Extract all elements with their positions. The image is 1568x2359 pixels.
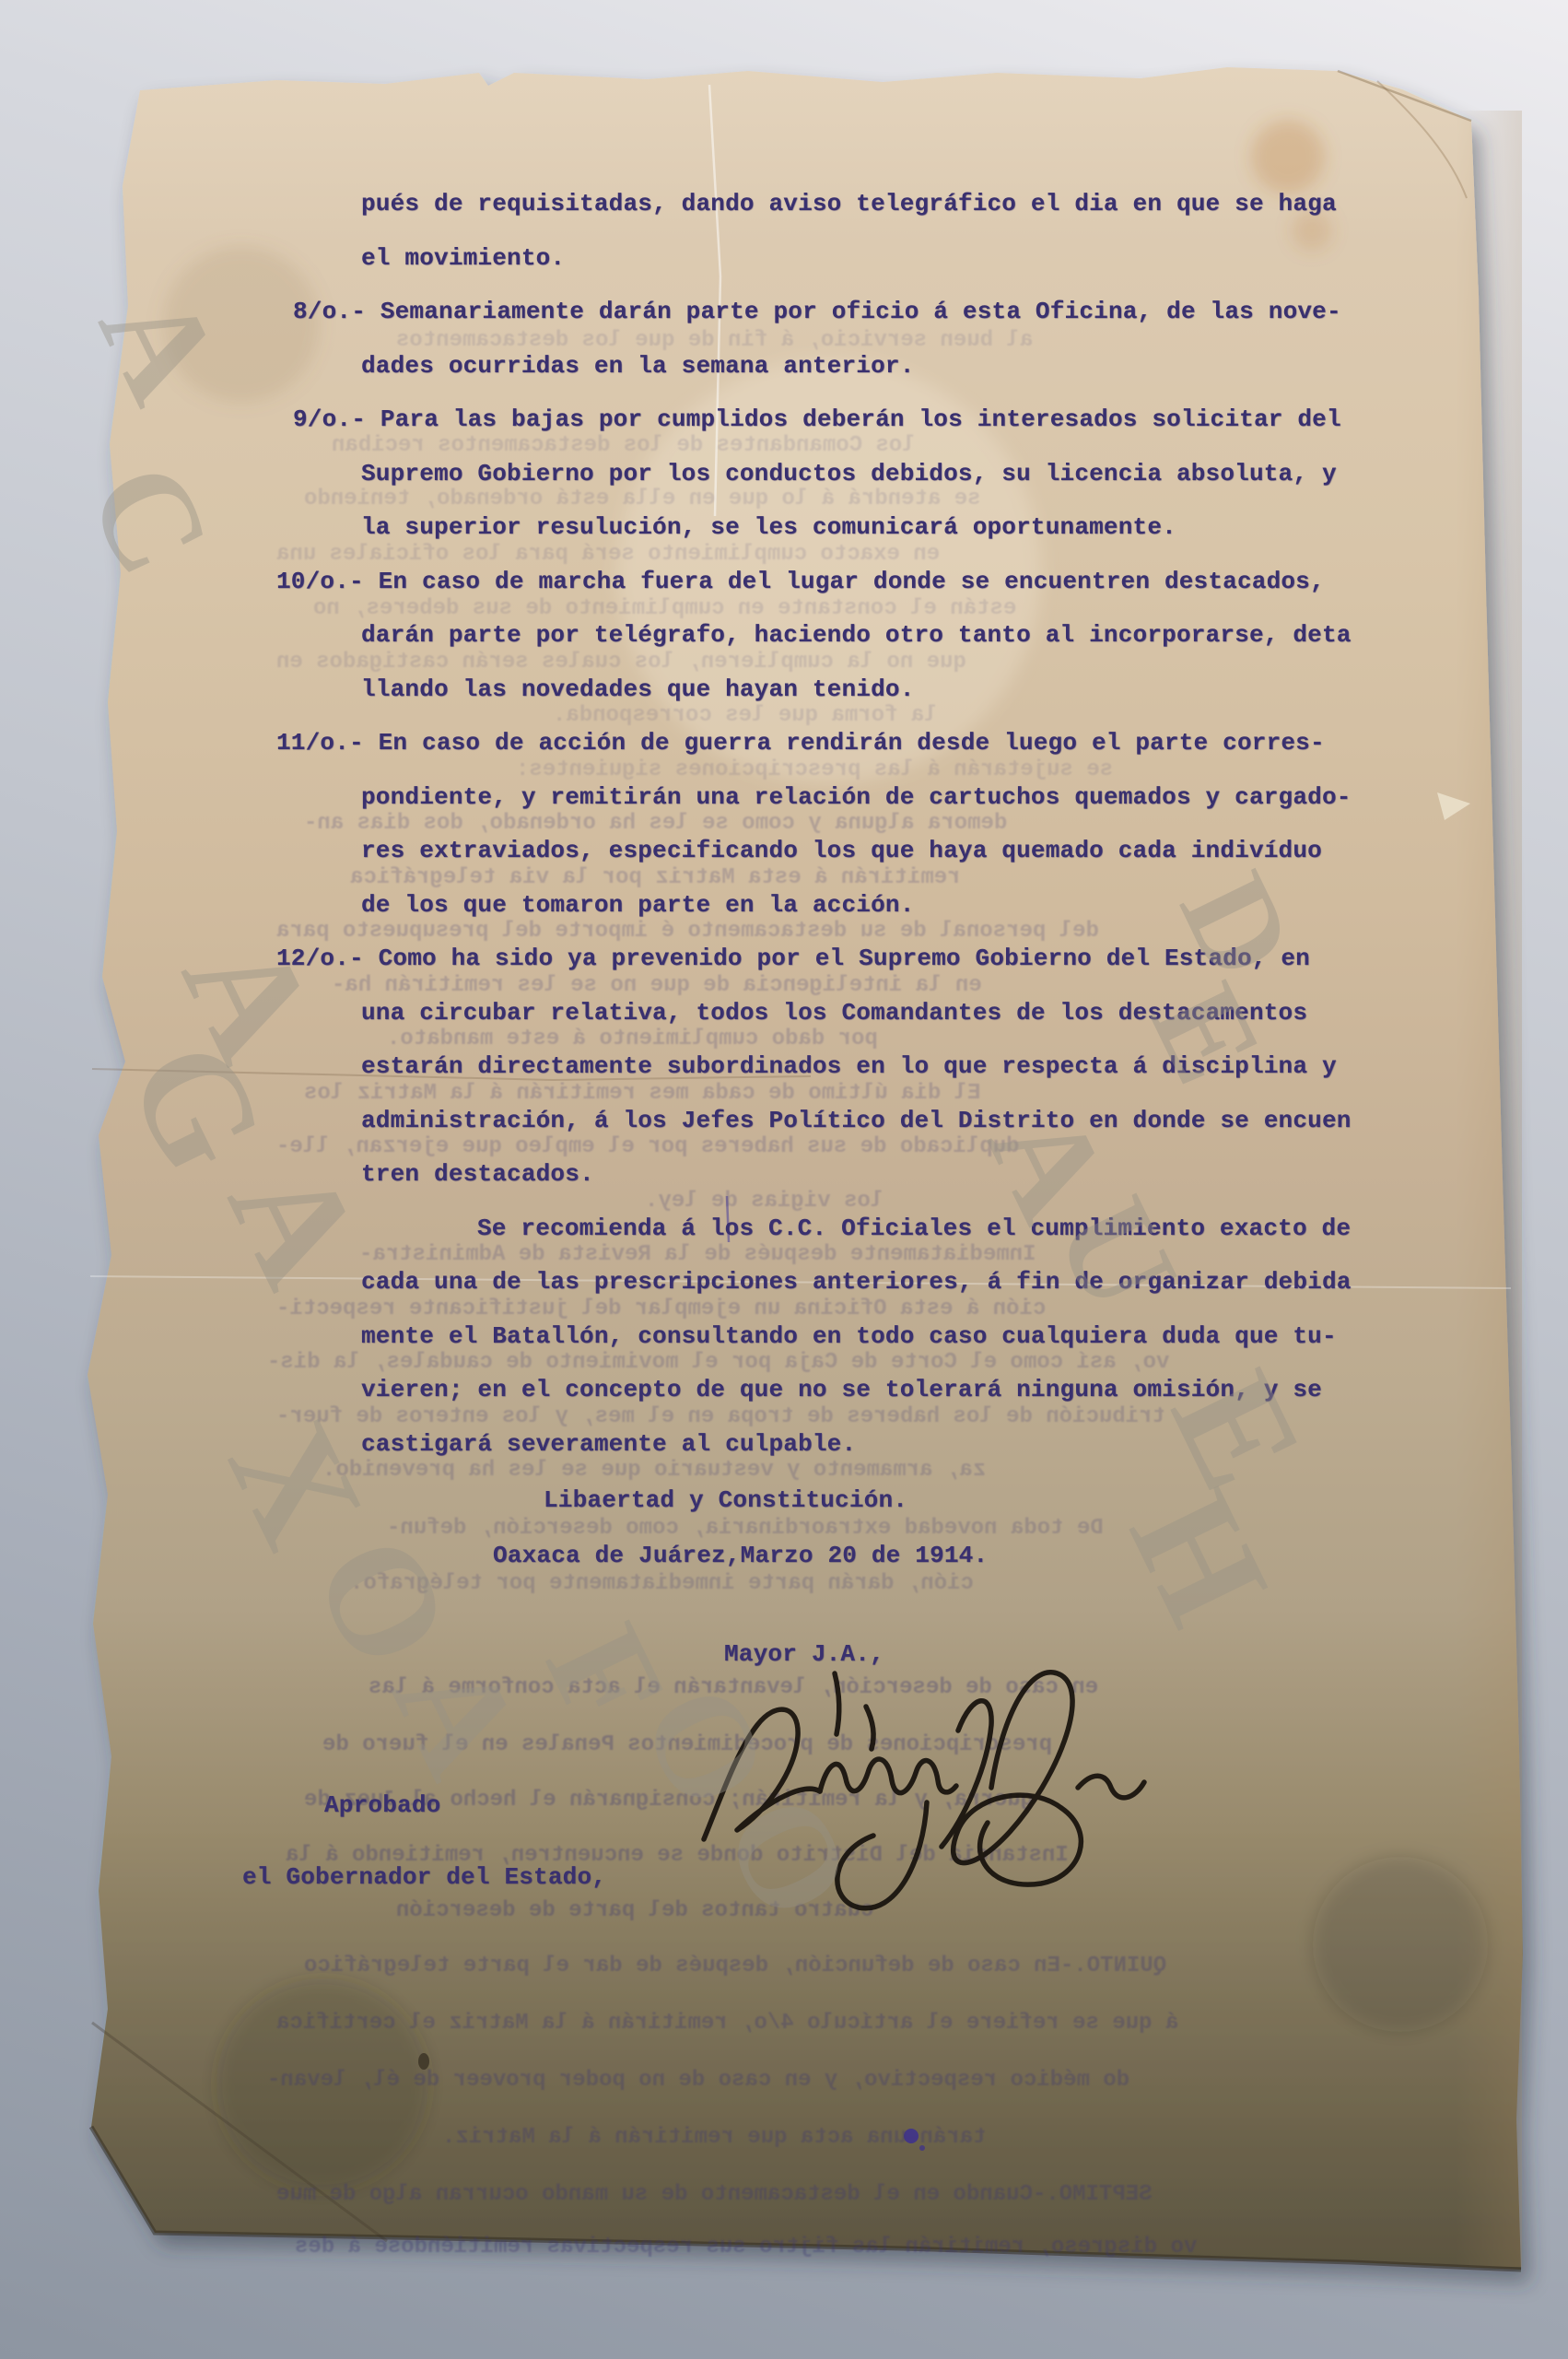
- horizontal-crease: [90, 1276, 1511, 1288]
- watermark-letter: A: [158, 915, 343, 1080]
- corner-fold-crease: [1338, 71, 1471, 121]
- typed-line: pués de requisitadas, dando aviso telegr…: [361, 189, 1337, 218]
- typed-line: llando las novedades que hayan tenido.: [361, 675, 915, 704]
- bleedthrough-line: á que se refiere el artículo 4/o, remiti…: [276, 2011, 1178, 2036]
- typed-line: dades ocurridas en la semana anterior.: [361, 351, 915, 381]
- bleedthrough-line: se sujetarán á las prescripciones siguie…: [516, 757, 1113, 783]
- photo-backdrop: al buen servicio, á fin de que los desta…: [0, 0, 1568, 2359]
- ink-crease-mark: [727, 1196, 729, 1242]
- watermark-letter: A: [369, 1636, 548, 1796]
- rust-stain: [1251, 120, 1325, 194]
- bleedthrough-line: en caso de deserción, levantarán el acta…: [369, 1675, 1098, 1701]
- bleedthrough-line: en la inteligencia de que no se les remi…: [332, 973, 982, 999]
- watermark-letter: X: [204, 1402, 389, 1567]
- bleedthrough-line: demora alguna y como se les ha ordenado,…: [304, 811, 1007, 837]
- bleedthrough-line: en exacto cumplimiento será para los ofi…: [276, 542, 940, 568]
- signature-graphic: [0, 0, 1568, 2359]
- typed-line: de los que tomaron parte en la acción.: [361, 890, 915, 920]
- watermark-letter: E: [1147, 1352, 1328, 1509]
- diagonal-crease: [92, 2023, 387, 2241]
- typed-line: cada una de las prescripciones anteriore…: [361, 1267, 1352, 1297]
- typed-line: tren destacados.: [361, 1159, 594, 1189]
- bleedthrough-line: De toda novedad extraordinaria, como des…: [387, 1516, 1104, 1542]
- bleedthrough-line: ción á esta Oficina un ejemplar del just…: [276, 1297, 1046, 1322]
- bleedthrough-line: Inmediatamente después de la Revista de …: [359, 1242, 1036, 1268]
- dark-stain: [1313, 1857, 1488, 2032]
- bleedthrough-line: remitirán á esta Matriz por la via teleg…: [350, 865, 961, 891]
- bleedthrough-line: vo disgreso, remitirán las fijtro sus re…: [295, 2235, 1197, 2260]
- aged-right-edge: [1456, 111, 1522, 2267]
- bleedthrough-line: los Comandantes de los destacamentos rec…: [332, 433, 916, 459]
- typed-line: pondiente, y remitirán una relación de c…: [361, 782, 1352, 812]
- paper-hole: [418, 2053, 429, 2070]
- ink-blot: [904, 2129, 919, 2143]
- dateline: Oaxaca de Juárez,Marzo 20 de 1914.: [493, 1541, 988, 1570]
- corner-fold-crease: [1377, 81, 1467, 198]
- typed-line: 8/o.- Semanariamente darán parte por ofi…: [293, 297, 1341, 326]
- vertical-crease: [709, 85, 720, 516]
- edge-nick: [1437, 792, 1470, 820]
- bleedthrough-line: están el constante en cumplimiento de su…: [313, 596, 1016, 622]
- bleedthrough-line: SEPTIMO.-Cuando en el destacamento de su…: [276, 2182, 1153, 2208]
- watermark-letter: O: [700, 1776, 877, 1938]
- bleedthrough-line: cuatro tantos del parte de deserción: [396, 1898, 873, 1924]
- bleedthrough-line: la forma que les corresponda.: [553, 703, 938, 729]
- watermark-letter: G: [103, 1020, 292, 1193]
- ink-blot: [919, 2145, 925, 2151]
- watermark-letter: A: [204, 1141, 389, 1306]
- bleedthrough-line: ción, darán parte inmediatamente por tel…: [350, 1571, 974, 1597]
- rust-stain: [1292, 210, 1332, 251]
- bleedthrough-line: Instancia del Distrito donde se encuentr…: [286, 1843, 1069, 1869]
- typed-line: res extraviados, especificando los que h…: [361, 836, 1322, 865]
- bleedthrough-line: guerra, y la remitirán; consignarán el h…: [304, 1788, 1034, 1813]
- bleedthrough-line: al buen servicio, á fin de que los desta…: [396, 328, 1033, 354]
- typed-line: castigará severamente al culpable.: [361, 1429, 856, 1459]
- bleedthrough-line: QUINTO.-En caso de defunción, después de…: [304, 1954, 1166, 1979]
- watermark-letter: C: [65, 443, 233, 593]
- dark-stain: [216, 1978, 428, 2190]
- bleedthrough-line: El dia último de cada mes remitirán á la…: [304, 1081, 981, 1107]
- watermark-letter: A: [76, 270, 244, 420]
- watermark-letter: O: [289, 1515, 478, 1688]
- bleedthrough-line: vo, así como el Corte de Caja por el mov…: [267, 1350, 1169, 1376]
- archive-watermark: A C A G A X O A F O O A U D E E H: [0, 0, 1568, 2359]
- paper-sheet: [0, 0, 1568, 2359]
- typed-line: una circubar relativa, todos los Comanda…: [361, 998, 1307, 1027]
- bleedthrough-layer: al buen servicio, á fin de que los desta…: [0, 0, 1568, 2359]
- watermark-letter: D: [1158, 856, 1315, 996]
- typed-line: mente el Batallón, consultando en todo c…: [361, 1321, 1337, 1351]
- typed-line: Se recomienda á los C.C. Oficiales el cu…: [477, 1214, 1351, 1243]
- signer-rank: Mayor J.A.,: [724, 1639, 884, 1669]
- watermark-letter: E: [1129, 967, 1282, 1100]
- watermark-letter: A: [965, 1088, 1133, 1238]
- typed-line: administración, á los Jefes Político del…: [361, 1106, 1352, 1135]
- bottom-edge-shadow: [91, 2127, 1521, 2270]
- paper-shape: [88, 67, 1523, 2270]
- typed-line: 12/o.- Como ha sido ya prevenido por el …: [276, 944, 1310, 973]
- approved-label: Aprobado: [324, 1790, 440, 1820]
- typed-line: vieren; en el concepto de que no se tole…: [361, 1375, 1322, 1404]
- watermark-letter: U: [1033, 1179, 1200, 1329]
- bleedthrough-line: tribución de los haberes de tropa en el …: [276, 1404, 1165, 1430]
- typed-line: 10/o.- En caso de marcha fuera del lugar…: [276, 567, 1325, 596]
- bleedthrough-line: los vigias de ley.: [645, 1189, 883, 1215]
- typed-text-layer: pués de requisitadas, dando aviso telegr…: [0, 0, 1568, 2359]
- bleedthrough-line: prescripciones de procedimientos Penales…: [322, 1732, 1052, 1758]
- bleedthrough-line: za, armamento y vestuario que se les ha …: [322, 1458, 986, 1484]
- typed-line: darán parte por telégrafo, haciendo otro…: [361, 620, 1352, 650]
- bleedthrough-line: se atendrá á lo que en ella está ordenad…: [304, 487, 981, 512]
- bleedthrough-line: por dado cumplimiento á este mandato.: [387, 1027, 878, 1052]
- bleedthrough-line: del personal de su destacamento é import…: [276, 919, 1099, 945]
- watermark-letter: F: [522, 1606, 689, 1747]
- bleedthrough-line: duplicado de sus haberes por el empleo q…: [276, 1134, 1020, 1160]
- motto-line: Libaertad y Constitución.: [544, 1485, 907, 1515]
- typed-line: la superior resulución, se les comunicar…: [361, 512, 1176, 542]
- light-patch: [617, 359, 1041, 783]
- typed-line: Supremo Gobierno por los conductos debid…: [361, 459, 1337, 488]
- watermark-letter: O: [617, 1665, 794, 1827]
- typed-line: 9/o.- Para las bajas por cumplidos deber…: [293, 405, 1341, 434]
- horizontal-crease: [92, 1069, 811, 1080]
- tan-stain: [163, 246, 320, 403]
- typed-line: 11/o.- En caso de acción de guerra rendi…: [276, 728, 1325, 757]
- watermark-letter: H: [1106, 1472, 1294, 1645]
- typed-line: estarán directamente subordinados en lo …: [361, 1051, 1337, 1081]
- approver-line: el Gobernador del Estado,: [242, 1862, 606, 1892]
- typed-line: el movimiento.: [361, 243, 565, 273]
- bleedthrough-line: tarán una acta que remitirán á la Matriz…: [442, 2125, 987, 2151]
- bleedthrough-line: que no la cumplieren, los cuales serán c…: [276, 650, 966, 675]
- bleedthrough-line: do médico respectivo, y en caso de no po…: [267, 2068, 1129, 2094]
